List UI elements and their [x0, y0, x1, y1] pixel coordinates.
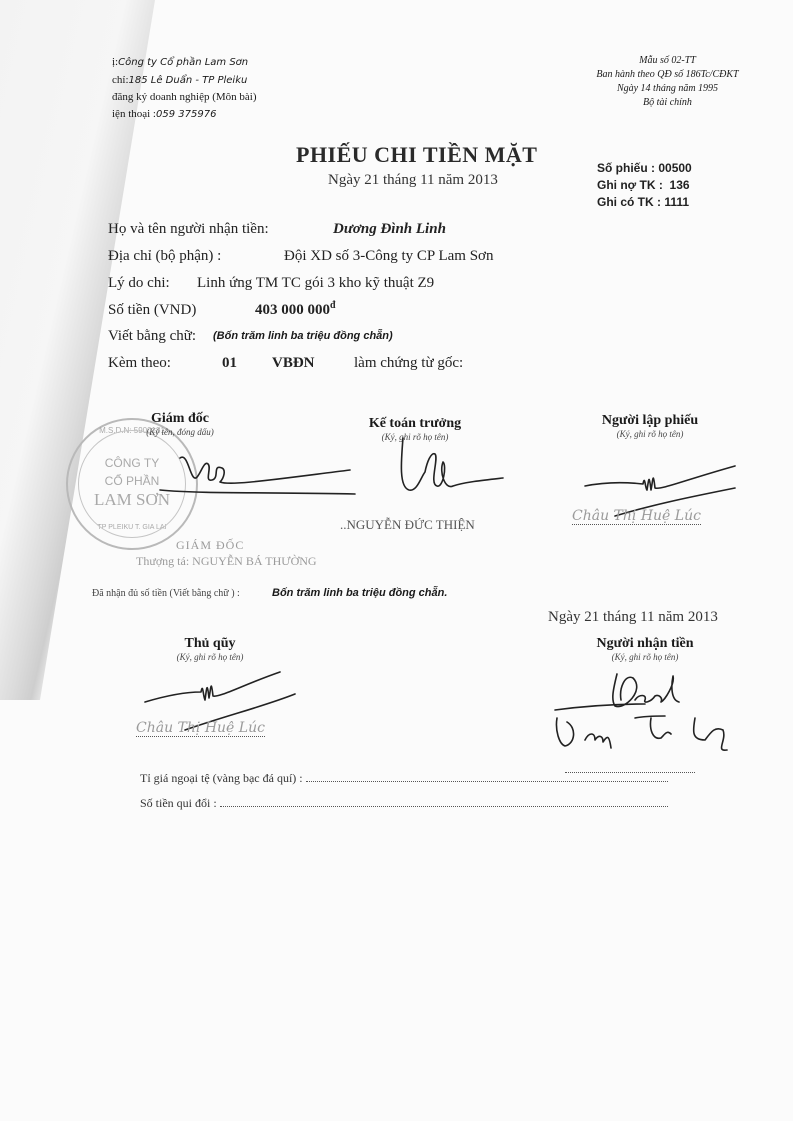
reason-value: Linh ứng TM TC gói 3 kho kỹ thuật Z9 — [197, 275, 434, 292]
preparer-role: Người lập phiếu — [580, 413, 720, 429]
received-label: Đã nhận đủ số tiền (Viết bằng chữ ) : — [92, 588, 240, 599]
credit-label: Ghi có TK : — [597, 195, 661, 209]
debit-label: Ghi nợ TK : — [597, 178, 663, 192]
form-header: Mẫu số 02-TT Ban hành theo QĐ số 186Tc/C… — [580, 54, 755, 110]
amount-currency: đ — [330, 300, 336, 311]
voucher-no: 00500 — [658, 161, 691, 175]
director-signature — [160, 450, 360, 520]
debit-account: 136 — [670, 178, 690, 192]
phone-prefix: iện thoại : — [112, 108, 156, 120]
attached-label: Kèm theo: — [108, 355, 171, 372]
signature-block-recipient: Người nhận tiền (Ký, ghi rõ họ tên) — [575, 636, 715, 662]
director-stamp-name: Thượng tá: NGUYỄN BÁ THƯỜNG — [136, 554, 317, 569]
cashier-note: (Ký, ghi rõ họ tên) — [140, 652, 280, 662]
converted-amount-row: Số tiền qui đổi : — [140, 796, 668, 811]
company-name: Công ty Cổ phần Lam Sơn — [118, 57, 248, 68]
stamp-bottom: TP PLEIKU T. GIA LAI — [68, 524, 196, 531]
address-value: Đội XD số 3-Công ty CP Lam Sơn — [284, 248, 493, 265]
form-decision: Ban hành theo QĐ số 186Tc/CĐKT — [580, 68, 755, 82]
received-date: Ngày 21 tháng 11 năm 2013 — [548, 609, 718, 626]
recipient-signature — [555, 670, 745, 770]
voucher-meta: Số phiếu : 00500 Ghi nợ TK : 136 Ghi có … — [597, 160, 692, 211]
exchange-rate-label: Tỉ giá ngoại tệ (vàng bạc đá quí) : — [140, 771, 303, 785]
company-header: ị:Công ty Cổ phần Lam Sơn chỉ:185 Lê Duẩ… — [112, 54, 257, 123]
director-note: (Ký tên, đóng dấu) — [110, 427, 250, 437]
exchange-rate-field — [306, 781, 668, 782]
company-address: 185 Lê Duẩn - TP Pleiku — [129, 75, 248, 86]
director-role: Giám đốc — [110, 411, 250, 427]
amount-label: Số tiền (VND) — [108, 302, 196, 319]
company-registration: đăng ký doanh nghiệp (Môn bài) — [112, 89, 257, 106]
cashier-role: Thủ qũy — [140, 636, 280, 652]
preparer-name: Châu Thị Huệ Lúc — [572, 508, 701, 525]
converted-amount-field — [220, 806, 668, 807]
amount-value: 403 000 000đ — [255, 300, 336, 319]
signature-block-preparer: Người lập phiếu (Ký, ghi rõ họ tên) — [580, 413, 720, 439]
attached-doc: VBĐN — [272, 355, 315, 372]
director-stamp-title: GIÁM ĐỐC — [176, 538, 244, 553]
form-decision-date: Ngày 14 tháng năm 1995 — [580, 82, 755, 96]
words-label: Viết bằng chữ: — [108, 328, 196, 345]
recipient-note: (Ký, ghi rõ họ tên) — [575, 652, 715, 662]
document-title: PHIẾU CHI TIỀN MẶT — [296, 142, 537, 168]
signature-block-director: Giám đốc (Ký tên, đóng dấu) — [110, 411, 250, 437]
recipient-label: Họ và tên người nhận tiền: — [108, 221, 269, 238]
chief-accountant-signature — [395, 432, 505, 502]
preparer-note: (Ký, ghi rõ họ tên) — [580, 429, 720, 439]
cashier-name: Châu Thị Huệ Lúc — [136, 720, 265, 737]
received-words: Bốn trăm linh ba triệu đồng chẵn. — [272, 587, 447, 599]
form-number: Mẫu số 02-TT — [580, 54, 755, 68]
chief-accountant-role: Kế toán trưởng — [345, 416, 485, 432]
converted-amount-label: Số tiền qui đổi : — [140, 796, 217, 810]
attached-count: 01 — [222, 355, 237, 372]
company-phone: 059 375976 — [156, 109, 216, 120]
voucher-no-label: Số phiếu : — [597, 161, 655, 175]
credit-account: 1111 — [664, 195, 689, 209]
recipient-role: Người nhận tiền — [575, 636, 715, 652]
form-ministry: Bộ tài chính — [580, 96, 755, 110]
recipient-name: Dương Đình Linh — [333, 221, 446, 238]
exchange-rate-row: Tỉ giá ngoại tệ (vàng bạc đá quí) : — [140, 771, 668, 786]
reason-label: Lý do chi: — [108, 275, 170, 292]
address-prefix: chỉ: — [112, 74, 129, 86]
signature-block-cashier: Thủ qũy (Ký, ghi rõ họ tên) — [140, 636, 280, 662]
amount-in-words: (Bốn trăm linh ba triệu đồng chẵn) — [213, 330, 393, 342]
address-label: Địa chỉ (bộ phận) : — [108, 248, 221, 265]
chief-accountant-name: ..NGUYỄN ĐỨC THIỆN — [340, 517, 475, 533]
attached-suffix: làm chứng từ gốc: — [354, 355, 463, 372]
amount-number: 403 000 000 — [255, 302, 330, 318]
document-date: Ngày 21 tháng 11 năm 2013 — [328, 172, 498, 189]
